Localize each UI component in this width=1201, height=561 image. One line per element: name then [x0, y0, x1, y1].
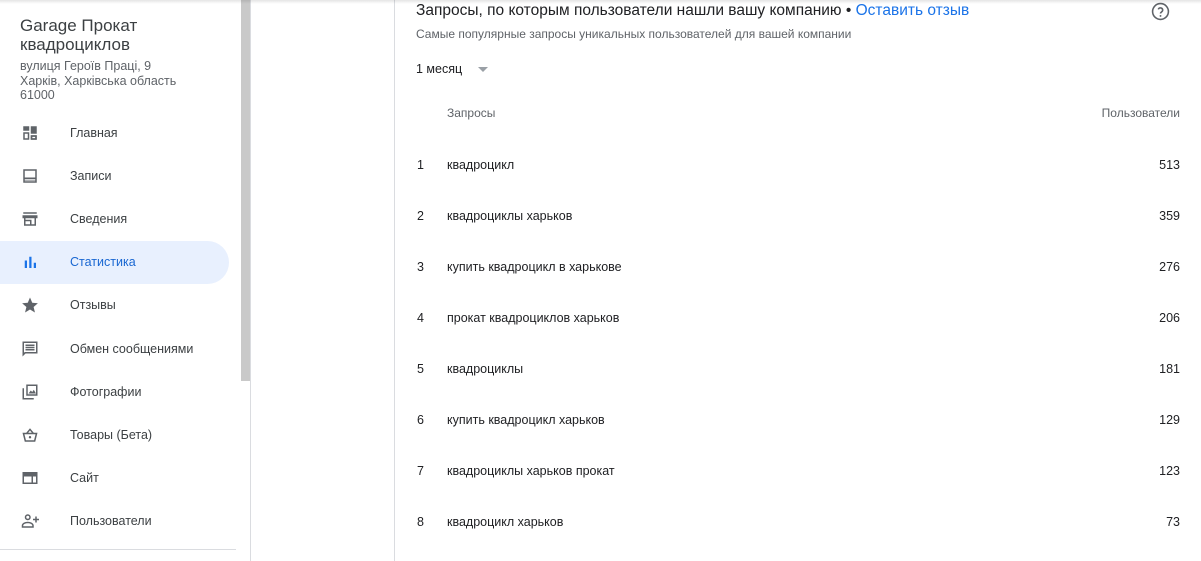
table-row[interactable]: 7 квадроциклы харьков прокат 123	[395, 462, 1201, 513]
sidebar: Garage Прокат квадроциклов вулиця Героїв…	[0, 0, 241, 561]
leave-feedback-link[interactable]: Оставить отзыв	[856, 2, 970, 19]
dashboard-icon	[21, 124, 39, 142]
period-selected: 1 месяц	[416, 62, 462, 76]
row-query: квадроциклы харьков	[447, 209, 572, 223]
scrollbar-thumb[interactable]	[241, 0, 250, 381]
sidebar-item-products[interactable]: Товары (Бета)	[0, 413, 241, 456]
sidebar-item-label: Главная	[70, 126, 118, 140]
sidebar-scrollbar[interactable]	[241, 0, 250, 561]
sidebar-item-label: Сайт	[70, 471, 99, 485]
table-row[interactable]: 4 прокат квадроциклов харьков 206	[395, 309, 1201, 360]
posts-icon	[21, 167, 39, 185]
row-users: 123	[1159, 464, 1180, 478]
column-header-users: Пользователи	[1102, 106, 1180, 120]
row-rank: 5	[417, 362, 424, 376]
row-users: 359	[1159, 209, 1180, 223]
business-info: Garage Прокат квадроциклов вулиця Героїв…	[20, 16, 230, 103]
sidebar-item-label: Статистика	[70, 255, 136, 269]
row-users: 513	[1159, 158, 1180, 172]
row-rank: 8	[417, 515, 424, 529]
sidebar-item-posts[interactable]: Записи	[0, 154, 241, 197]
sidebar-nav: Главная Записи Сведения Статистика Отзыв…	[0, 111, 241, 543]
row-users: 129	[1159, 413, 1180, 427]
period-dropdown[interactable]: 1 месяц	[416, 60, 488, 78]
business-address: вулиця Героїв Праці, 9 Харків, Харківськ…	[20, 59, 230, 103]
help-circle-icon[interactable]	[1151, 2, 1170, 21]
sidebar-item-label: Обмен сообщениями	[70, 342, 193, 356]
card-title: Запросы, по которым пользователи нашли в…	[416, 2, 969, 20]
message-icon	[21, 340, 39, 358]
sidebar-item-label: Сведения	[70, 212, 127, 226]
queries-card: Запросы, по которым пользователи нашли в…	[395, 0, 1201, 561]
row-rank: 7	[417, 464, 424, 478]
sidebar-item-photos[interactable]: Фотографии	[0, 370, 241, 413]
title-separator: •	[842, 2, 856, 19]
sidebar-item-info[interactable]: Сведения	[0, 197, 241, 240]
sidebar-item-messages[interactable]: Обмен сообщениями	[0, 327, 241, 370]
basket-icon	[21, 426, 39, 444]
row-query: квадроциклы	[447, 362, 523, 376]
row-query: купить квадроцикл харьков	[447, 413, 605, 427]
row-users: 73	[1166, 515, 1180, 529]
sidebar-item-label: Записи	[70, 169, 112, 183]
table-body: 1 квадроцикл 513 2 квадроциклы харьков 3…	[395, 156, 1201, 561]
photo-library-icon	[21, 383, 39, 401]
sidebar-item-website[interactable]: Сайт	[0, 457, 241, 500]
table-row[interactable]: 8 квадроцикл харьков 73	[395, 513, 1201, 561]
row-query: квадроцикл	[447, 158, 514, 172]
row-rank: 2	[417, 209, 424, 223]
address-line-3: 61000	[20, 88, 230, 103]
row-query: купить квадроцикл в харькове	[447, 260, 622, 274]
table-row[interactable]: 3 купить квадроцикл в харькове 276	[395, 258, 1201, 309]
sidebar-item-users[interactable]: Пользователи	[0, 500, 241, 543]
card-subtitle: Самые популярные запросы уникальных поль…	[416, 27, 851, 41]
sidebar-item-label: Отзывы	[70, 298, 116, 312]
table-row[interactable]: 5 квадроциклы 181	[395, 360, 1201, 411]
table-row[interactable]: 2 квадроциклы харьков 359	[395, 207, 1201, 258]
business-name: Garage Прокат квадроциклов	[20, 16, 230, 54]
star-icon	[21, 296, 39, 314]
row-query: прокат квадроциклов харьков	[447, 311, 619, 325]
dropdown-arrow-icon	[478, 67, 488, 72]
sidebar-item-reviews[interactable]: Отзывы	[0, 284, 241, 327]
add-user-icon	[21, 512, 39, 530]
row-query: квадроциклы харьков прокат	[447, 464, 615, 478]
card-title-text: Запросы, по которым пользователи нашли в…	[416, 2, 842, 19]
column-header-queries: Запросы	[447, 106, 495, 120]
sidebar-item-label: Товары (Бета)	[70, 428, 152, 442]
sidebar-divider	[0, 549, 236, 550]
bar-chart-icon	[21, 253, 39, 271]
sidebar-item-home[interactable]: Главная	[0, 111, 241, 154]
row-rank: 1	[417, 158, 424, 172]
panel-divider	[250, 0, 251, 561]
row-users: 181	[1159, 362, 1180, 376]
row-users: 276	[1159, 260, 1180, 274]
table-row[interactable]: 6 купить квадроцикл харьков 129	[395, 411, 1201, 462]
row-rank: 4	[417, 311, 424, 325]
storefront-icon	[21, 210, 39, 228]
address-line-1: вулиця Героїв Праці, 9	[20, 59, 230, 74]
row-query: квадроцикл харьков	[447, 515, 563, 529]
table-header: Запросы Пользователи	[395, 106, 1201, 124]
table-row[interactable]: 1 квадроцикл 513	[395, 156, 1201, 207]
row-rank: 3	[417, 260, 424, 274]
row-users: 206	[1159, 311, 1180, 325]
sidebar-item-label: Пользователи	[70, 514, 152, 528]
sidebar-item-label: Фотографии	[70, 385, 141, 399]
address-line-2: Харків, Харківська область	[20, 74, 230, 89]
row-rank: 6	[417, 413, 424, 427]
sidebar-item-statistics[interactable]: Статистика	[0, 241, 229, 284]
website-icon	[21, 469, 39, 487]
